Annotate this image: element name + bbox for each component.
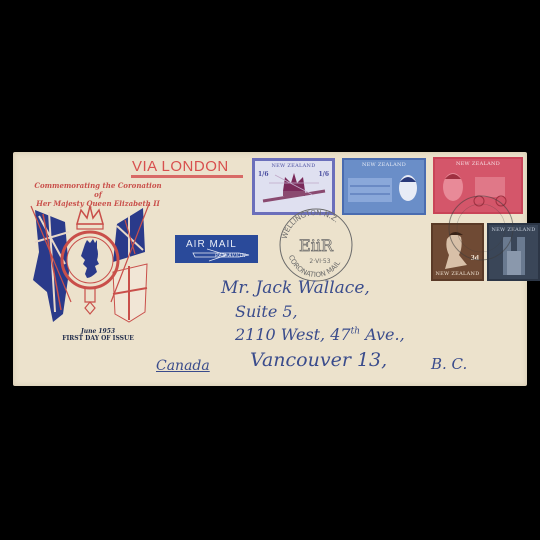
address-line-3: 2110 West, 47th Ave., xyxy=(235,325,405,344)
address-line-1: Mr. Jack Wallace, xyxy=(221,278,370,298)
first-day-caption: June 1953 FIRST DAY OF ISSUE xyxy=(43,328,153,342)
airmail-title: AIR MAIL xyxy=(186,239,237,250)
stamp-country: NEW ZEALAND xyxy=(435,161,521,167)
address-province: B. C. xyxy=(431,355,467,373)
addressee-name: Jack Wallace, xyxy=(255,278,369,298)
stamp-country: NEW ZEALAND xyxy=(255,163,332,169)
cachet-caption: FIRST DAY OF ISSUE xyxy=(43,335,153,342)
stamp-country: NEW ZEALAND xyxy=(433,271,482,277)
address-line-2: Suite 5, xyxy=(235,302,298,321)
stamp-country: NEW ZEALAND xyxy=(344,162,424,168)
routing-label: VIA LONDON xyxy=(132,158,229,175)
coronation-cachet-icon xyxy=(25,202,155,332)
airmail-subtitle: PAR AVION xyxy=(215,253,246,259)
cancellation-icon xyxy=(445,192,517,264)
cachet-date: June 1953 xyxy=(43,328,153,335)
postmark-icon: WELLINGTON·N.Z. CORONATION MAIL EiiR 2·V… xyxy=(276,205,356,285)
street-type: Ave., xyxy=(360,325,405,344)
stamp-value: 1/6 xyxy=(258,171,269,178)
airmail-label: AIR MAIL PAR AVION xyxy=(175,235,258,263)
street-suffix: th xyxy=(351,327,360,337)
addressee-title: Mr xyxy=(221,278,245,298)
envelope: VIA LONDON Commemorating the Coronation … xyxy=(13,152,527,386)
routing-underline xyxy=(131,175,243,178)
address-line-city: Vancouver 13, xyxy=(250,349,387,371)
svg-text:2·VI·53: 2·VI·53 xyxy=(309,258,330,265)
commemoration-line-1: Commemorating the Coronation of xyxy=(33,181,163,199)
street: 2110 West, 47 xyxy=(235,325,351,344)
address-country: Canada xyxy=(156,358,210,374)
svg-text:EiiR: EiiR xyxy=(299,236,334,255)
stamp-value: 1/6 xyxy=(318,171,329,178)
